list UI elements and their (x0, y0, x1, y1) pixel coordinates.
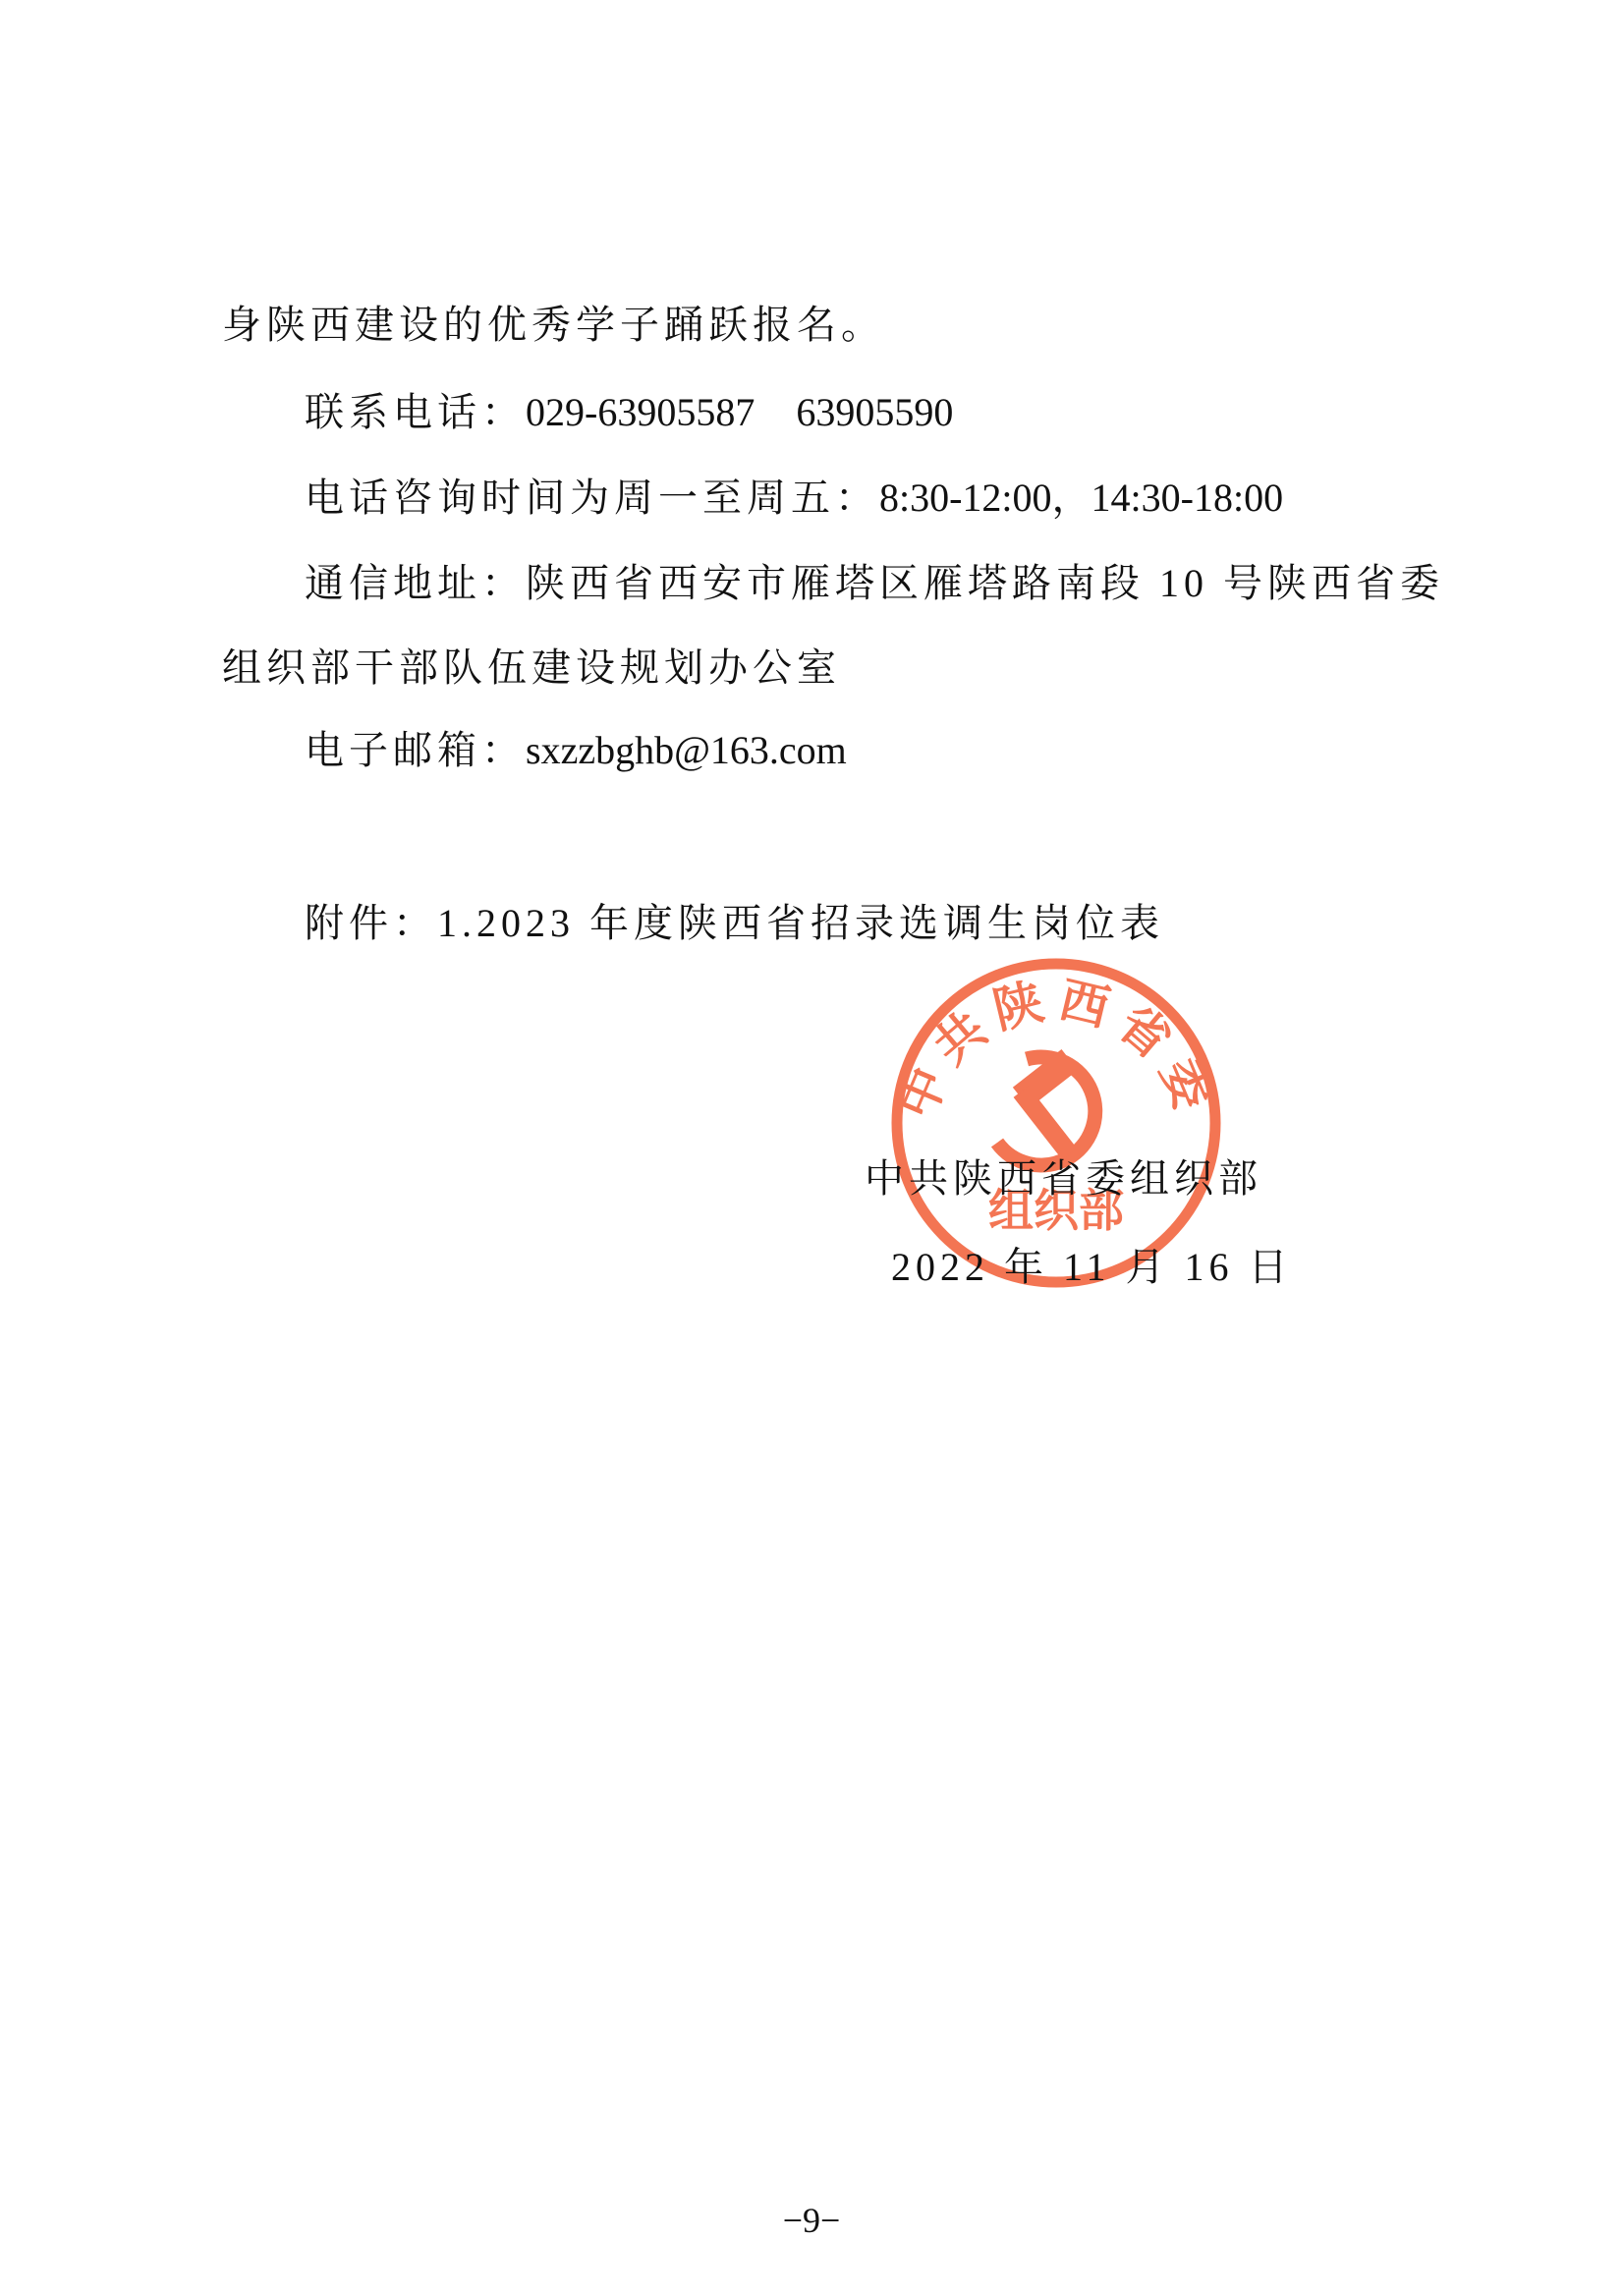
paragraph-tail: 身陕西建设的优秀学子踊跃报名。 (222, 302, 885, 349)
contact-email-row: 电子邮箱：sxzzbghb@163.com (305, 727, 847, 774)
contact-phone-row: 联系电话：029-6390558763905590 (305, 389, 953, 436)
phone-label: 联系电话： (305, 390, 526, 434)
svg-text:中共陕西省委: 中共陕西省委 (889, 971, 1223, 1127)
hours-label: 电话咨询时间为周一至周五： (305, 476, 879, 520)
signature-date: 2022 年 11 月 16 日 (891, 1244, 1293, 1291)
seal-outer-text: 中共陕西省委 (889, 971, 1223, 1127)
address-line-2: 组织部干部队伍建设规划办公室 (222, 644, 841, 692)
page-number: −9− (776, 2199, 847, 2242)
email-value[interactable]: sxzzbghb@163.com (526, 728, 847, 772)
attachment-row: 附件：1.2023 年度陕西省招录选调生岗位表 (305, 900, 1164, 947)
address-line-1: 陕西省西安市雁塔区雁塔路南段 10 号陕西省委 (526, 561, 1444, 605)
attachment-item: 1.2023 年度陕西省招录选调生岗位表 (437, 901, 1164, 945)
phone-number-primary: 029-63905587 (526, 390, 755, 434)
contact-hours-row: 电话咨询时间为周一至周五：8:30-12:00，14:30-18:00 (305, 475, 1283, 522)
hammer-sickle-icon (997, 1050, 1095, 1165)
phone-number-secondary: 63905590 (796, 390, 953, 434)
hours-value: 8:30-12:00，14:30-18:00 (879, 476, 1283, 520)
attachment-label: 附件： (305, 901, 437, 945)
official-seal: 中共陕西省委 组织部 (889, 956, 1223, 1290)
address-label: 通信地址： (305, 561, 526, 605)
email-label: 电子邮箱： (305, 728, 526, 772)
document-page: 中共陕西省委 组织部 身陕西建设的优秀学子踊跃报名。 联系电话：029-6390… (0, 0, 1623, 2296)
signature-issuer: 中共陕西省委组织部 (865, 1155, 1262, 1203)
contact-address-row: 通信地址：陕西省西安市雁塔区雁塔路南段 10 号陕西省委 (305, 560, 1444, 607)
